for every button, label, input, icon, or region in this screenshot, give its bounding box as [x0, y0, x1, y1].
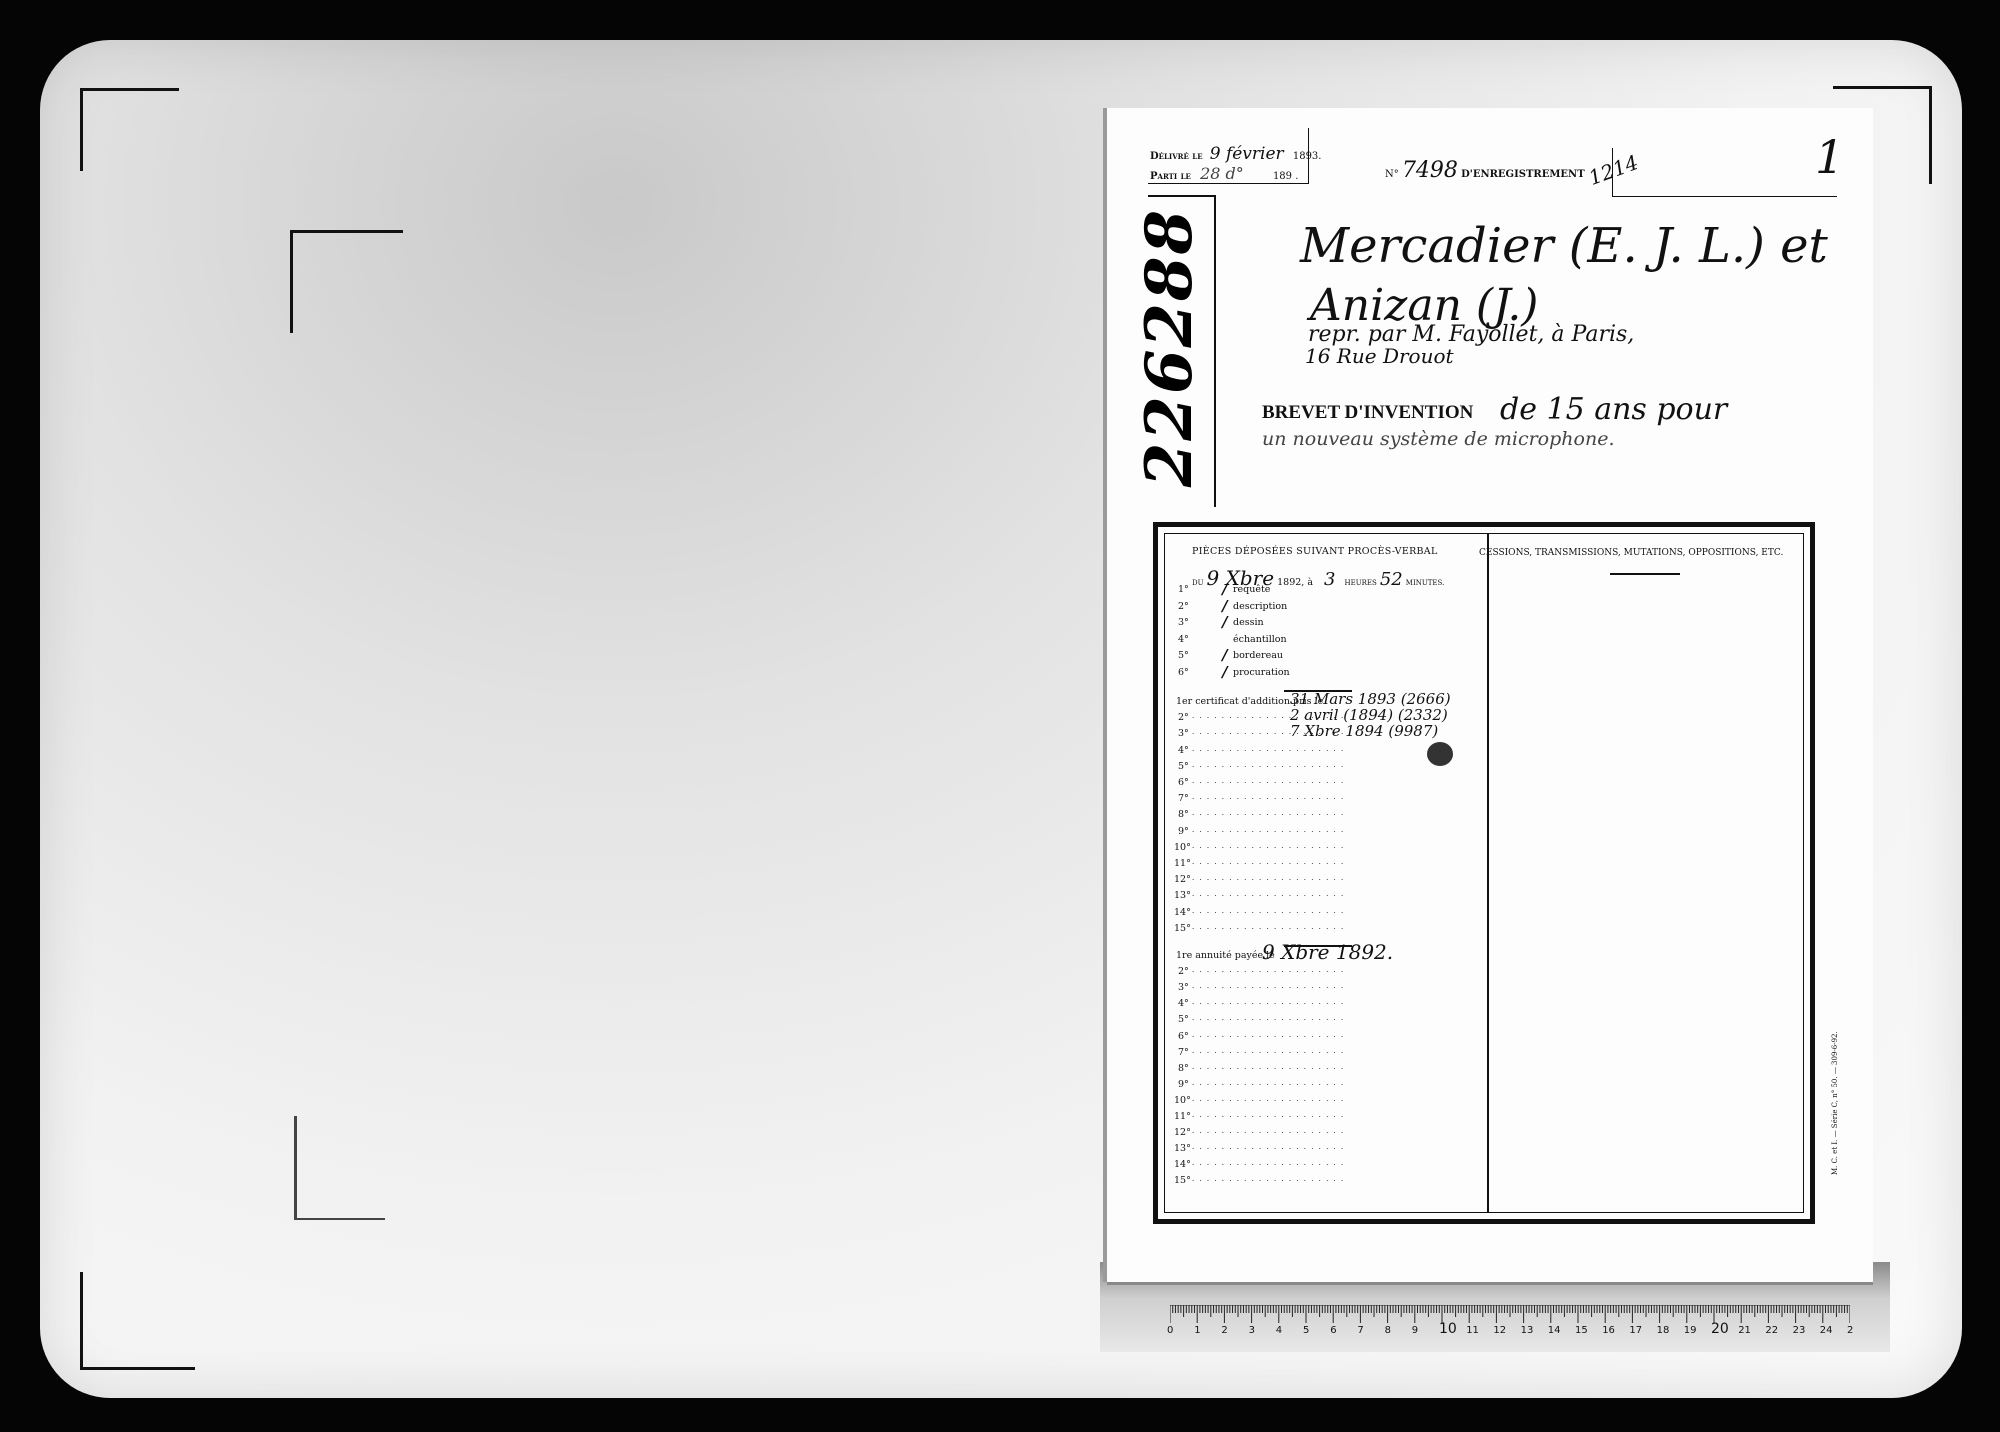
annuite-dots: . . . . . . . . . . . . . . . . . . . . …	[1192, 1095, 1345, 1103]
annuite-number: 13°	[1174, 1143, 1191, 1154]
parti-row: Parti le 28 d° 189 .	[1150, 164, 1298, 183]
ruler-label: 2	[1221, 1325, 1227, 1336]
annuite-dots: . . . . . . . . . . . . . . . . . . . . …	[1192, 1063, 1345, 1071]
minutes-label: MINUTES.	[1406, 579, 1445, 587]
ruler-label: 20	[1711, 1321, 1729, 1337]
certificat-number: 14°	[1174, 907, 1191, 918]
annuite-dots: . . . . . . . . . . . . . . . . . . . . …	[1192, 1014, 1345, 1022]
delivre-value: 9 février	[1210, 144, 1284, 164]
ruler-label: 9	[1412, 1325, 1418, 1336]
annuite-dots: . . . . . . . . . . . . . . . . . . . . …	[1192, 1031, 1345, 1039]
patent-number-vertical: 226288	[1120, 190, 1240, 500]
annuite-number: 12°	[1174, 1127, 1191, 1138]
ruler-label: 19	[1684, 1325, 1697, 1336]
annuite-dots: . . . . . . . . . . . . . . . . . . . . …	[1192, 1159, 1345, 1167]
certificat-number: 7°	[1178, 793, 1189, 804]
annuite-number: 11°	[1174, 1111, 1191, 1122]
annuite-number: 4°	[1178, 998, 1189, 1009]
certificat-number: 8°	[1178, 809, 1189, 820]
annuite-number: 14°	[1174, 1159, 1191, 1170]
certificat-dots: . . . . . . . . . . . . . . . . . . . . …	[1192, 923, 1345, 931]
ruler-label: 17	[1629, 1325, 1642, 1336]
parti-value: 28 d°	[1200, 164, 1244, 183]
piece-check-mark: /	[1222, 613, 1227, 631]
ruler-label: 8	[1385, 1325, 1391, 1336]
heure-label: HEURES	[1345, 579, 1377, 587]
heure-value: 3	[1324, 569, 1335, 590]
certificat-number: 2°	[1178, 712, 1189, 723]
ruler-label: 6	[1330, 1325, 1336, 1336]
piece-check-mark: /	[1222, 597, 1227, 615]
certificat-number: 9°	[1178, 826, 1189, 837]
patent-title-hw-2: un nouveau système de microphone.	[1262, 428, 1614, 450]
ink-blot	[1427, 742, 1453, 766]
ruler-label: 11	[1466, 1325, 1479, 1336]
certificat-dots: . . . . . . . . . . . . . . . . . . . . …	[1192, 826, 1345, 834]
parti-label: Parti le	[1150, 171, 1191, 182]
certificat-dots: . . . . . . . . . . . . . . . . . . . . …	[1192, 761, 1345, 769]
piece-label: procuration	[1233, 667, 1290, 678]
annuite-number: 7°	[1178, 1047, 1189, 1058]
certificat-dots: . . . . . . . . . . . . . . . . . . . . …	[1192, 890, 1345, 898]
annuite-dots: . . . . . . . . . . . . . . . . . . . . …	[1192, 966, 1345, 974]
certificat-number: 11°	[1174, 858, 1191, 869]
annuite-dots: . . . . . . . . . . . . . . . . . . . . …	[1192, 1143, 1345, 1151]
piece-label: dessin	[1233, 617, 1264, 628]
annuite-dots: . . . . . . . . . . . . . . . . . . . . …	[1192, 998, 1345, 1006]
annuite-number: 6°	[1178, 1031, 1189, 1042]
patent-title-hw-1: de 15 ans pour	[1500, 392, 1727, 427]
certificat-line	[1284, 690, 1352, 692]
minutes-value: 52	[1380, 569, 1403, 590]
ruler-ticks	[1170, 1305, 1850, 1323]
piece-number: 4°	[1178, 634, 1189, 645]
parti-year: 189 .	[1273, 171, 1298, 182]
ruler-label: 13	[1521, 1325, 1534, 1336]
ruler-label: 12	[1493, 1325, 1506, 1336]
annuite-number: 3°	[1178, 982, 1189, 993]
annuite-dots: . . . . . . . . . . . . . . . . . . . . …	[1192, 1047, 1345, 1055]
certificat-dots: . . . . . . . . . . . . . . . . . . . . …	[1192, 745, 1345, 753]
piece-check-mark: /	[1222, 580, 1227, 598]
piece-check-mark: /	[1222, 646, 1227, 664]
certificat-number: 12°	[1174, 874, 1191, 885]
piece-number: 3°	[1178, 617, 1189, 628]
piece-label: échantillon	[1233, 634, 1287, 645]
annuite-dots: . . . . . . . . . . . . . . . . . . . . …	[1192, 1079, 1345, 1087]
crop-mark-top-left	[80, 88, 179, 171]
ruler-label: 21	[1738, 1325, 1751, 1336]
annuite-number: 9°	[1178, 1079, 1189, 1090]
certificat-number: 3°	[1178, 728, 1189, 739]
piece-number: 1°	[1178, 584, 1189, 595]
printer-note: M. C. et I. — Série C, n° 50. — 309-6-92…	[1831, 1031, 1839, 1175]
delivre-label: Délivré le	[1150, 151, 1203, 162]
piece-label: description	[1233, 601, 1287, 612]
pieces-heading: PIÈCES DÉPOSÉES SUIVANT PROCÈS-VERBAL	[1192, 546, 1438, 557]
ruler-label: 1	[1194, 1325, 1200, 1336]
certificat-number: 10°	[1174, 842, 1191, 853]
ruler-label: 3	[1249, 1325, 1255, 1336]
piece-label: bordereau	[1233, 650, 1283, 661]
crop-mark-inner-bottom-left	[294, 1116, 385, 1220]
du-label: DU	[1192, 579, 1204, 587]
enregistrement-label: D'ENREGISTREMENT	[1461, 169, 1585, 180]
piece-number: 2°	[1178, 601, 1189, 612]
cessions-underline	[1610, 573, 1680, 575]
annuite-number: 5°	[1178, 1014, 1189, 1025]
ruler-label: 2	[1847, 1325, 1853, 1336]
ruler-label: 10	[1439, 1321, 1457, 1337]
ruler-label: 24	[1820, 1325, 1833, 1336]
piece-check-mark: /	[1222, 663, 1227, 681]
scale-ruler: 0123456789101112131415161718192021222324…	[1162, 1305, 1864, 1345]
annuite-value: 9 Xbre 1892.	[1262, 940, 1393, 964]
annuite-number: 15°	[1174, 1175, 1191, 1186]
ruler-label: 14	[1548, 1325, 1561, 1336]
certificat-number: 15°	[1174, 923, 1191, 934]
certificat-dots: . . . . . . . . . . . . . . . . . . . . …	[1192, 842, 1345, 850]
column-divider	[1487, 534, 1489, 1212]
applicant-line-1: Mercadier (E. J. L.) et	[1300, 218, 1828, 274]
certificat-dots: . . . . . . . . . . . . . . . . . . . . …	[1192, 777, 1345, 785]
certificat-dots: . . . . . . . . . . . . . . . . . . . . …	[1192, 809, 1345, 817]
patent-number: 226288	[1132, 208, 1207, 487]
piece-number: 5°	[1178, 650, 1189, 661]
ruler-label: 5	[1303, 1325, 1309, 1336]
delivre-row: Délivré le 9 février 1893.	[1150, 144, 1321, 164]
certificat-dots: . . . . . . . . . . . . . . . . . . . . …	[1192, 907, 1345, 915]
annuite-number: 10°	[1174, 1095, 1191, 1106]
certificat-dots: . . . . . . . . . . . . . . . . . . . . …	[1192, 874, 1345, 882]
certificat-dots: . . . . . . . . . . . . . . . . . . . . …	[1192, 858, 1345, 866]
crop-mark-bottom-left	[80, 1272, 195, 1370]
certificat-number: 6°	[1178, 777, 1189, 788]
ruler-label: 7	[1357, 1325, 1363, 1336]
piece-number: 6°	[1178, 667, 1189, 678]
ruler-label: 15	[1575, 1325, 1588, 1336]
piece-label: requête	[1233, 584, 1270, 595]
crop-mark-inner-top-left	[290, 230, 403, 333]
annuite-dots: . . . . . . . . . . . . . . . . . . . . …	[1192, 1127, 1345, 1135]
proces-verbal-row: DU 9 Xbre 1892, à 3 HEURES 52 MINUTES.	[1192, 566, 1444, 590]
annuite-line	[1284, 945, 1352, 947]
patent-title-label: BREVET D'INVENTION	[1262, 402, 1473, 424]
ruler-label: 22	[1765, 1325, 1778, 1336]
year-value: 1892, à	[1277, 577, 1313, 588]
numero-label: N°	[1385, 169, 1399, 180]
ruler-label: 0	[1167, 1325, 1173, 1336]
registration-row: N° 7498 D'ENREGISTREMENT 1214	[1385, 158, 1639, 183]
annuite-dots: . . . . . . . . . . . . . . . . . . . . …	[1192, 1175, 1345, 1183]
certificat-value: 7 Xbre 1894 (9987)	[1290, 722, 1438, 740]
ruler-label: 18	[1657, 1325, 1670, 1336]
delivre-year: 1893.	[1293, 151, 1322, 162]
annuite-number: 8°	[1178, 1063, 1189, 1074]
numero-value: 7498	[1402, 158, 1458, 183]
cessions-heading: CESSIONS, TRANSMISSIONS, MUTATIONS, OPPO…	[1479, 548, 1783, 558]
annuite-label: 1re annuité payée le	[1176, 950, 1275, 961]
applicant-line-4: 16 Rue Drouot	[1305, 344, 1454, 368]
page-number: 1	[1815, 130, 1844, 184]
annuite-dots: . . . . . . . . . . . . . . . . . . . . …	[1192, 1111, 1345, 1119]
certificat-number: 4°	[1178, 745, 1189, 756]
annuite-dots: . . . . . . . . . . . . . . . . . . . . …	[1192, 982, 1345, 990]
ruler-label: 16	[1602, 1325, 1615, 1336]
ruler-label: 23	[1793, 1325, 1806, 1336]
registration-box	[1612, 148, 1837, 197]
certificat-number: 13°	[1174, 890, 1191, 901]
ruler-label: 4	[1276, 1325, 1282, 1336]
annuite-number: 2°	[1178, 966, 1189, 977]
certificat-number: 5°	[1178, 761, 1189, 772]
certificat-dots: . . . . . . . . . . . . . . . . . . . . …	[1192, 793, 1345, 801]
